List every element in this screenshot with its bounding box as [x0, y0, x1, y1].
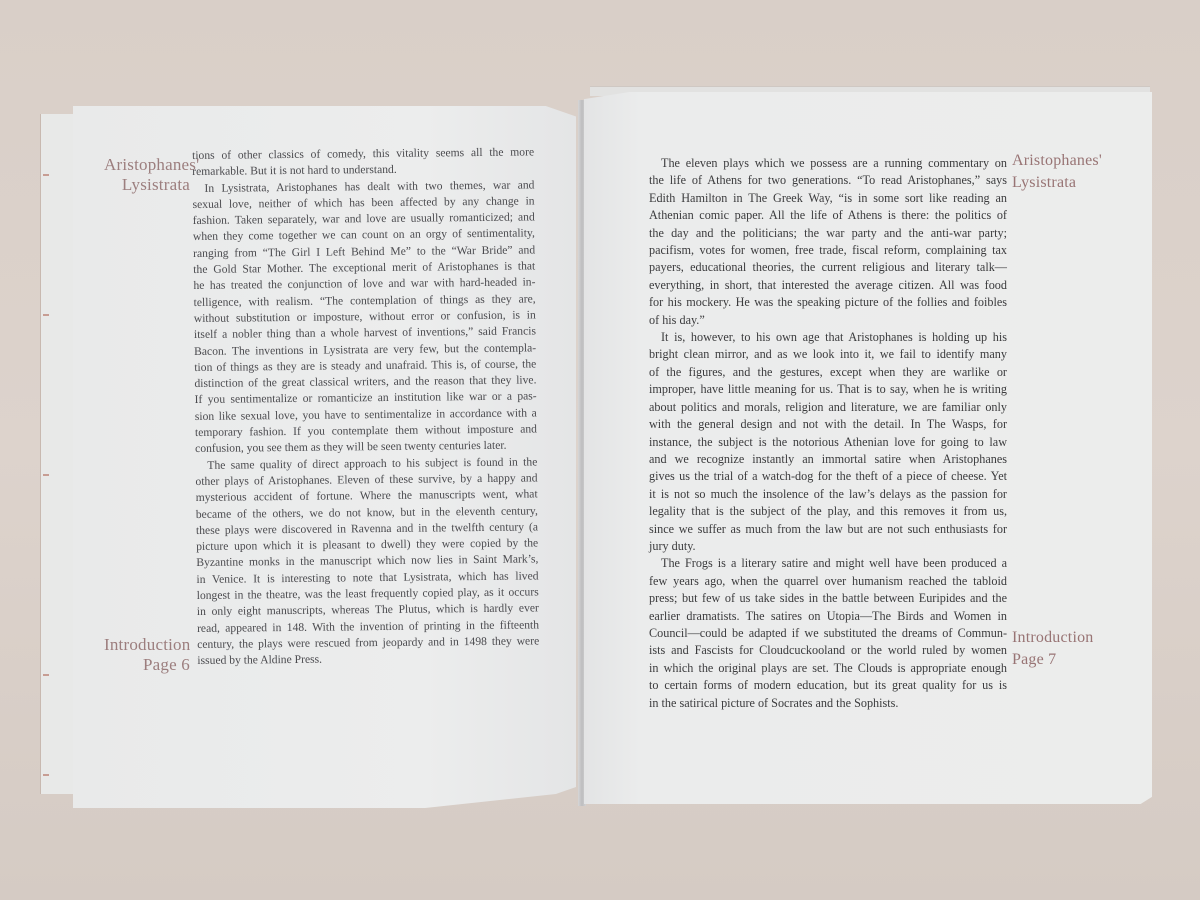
text-line: since we suffer as much from the law but…	[649, 521, 1007, 538]
running-head-line-2: Lysistrata	[104, 175, 190, 195]
right-running-head: Aristophanes' Lysistrata	[1012, 150, 1132, 194]
text-line: and we recognize instantly an immortal s…	[649, 451, 1007, 468]
folio-section: Introduction	[1012, 627, 1132, 649]
text-line: jury duty.	[649, 538, 1007, 555]
text-line: instance, the subject is the notorious A…	[649, 434, 1007, 451]
folio-section: Introduction	[104, 635, 190, 655]
folio-page-number: Page 7	[1012, 649, 1132, 671]
text-line: in which the original plays are set. The…	[649, 660, 1007, 677]
left-folio: Introduction Page 6	[104, 635, 190, 675]
text-line: to certain forms of modern education, bu…	[649, 677, 1007, 694]
text-line: the life of Athens for two generations. …	[649, 172, 1007, 189]
right-page-body: The eleven plays which we possess are a …	[649, 155, 1007, 712]
text-line: gives us the trial of a watch-dog for th…	[649, 468, 1007, 485]
text-line: with the general design and not with the…	[649, 416, 1007, 433]
text-line: earlier dramatists. The satires on Utopi…	[649, 608, 1007, 625]
text-line: for his mockery. He was the speaking pic…	[649, 294, 1007, 311]
text-line: The Frogs is a literary satire and might…	[649, 555, 1007, 572]
text-line: about politics and morals, religion and …	[649, 399, 1007, 416]
text-line: it is not so much the insolence of the l…	[649, 486, 1007, 503]
text-line: ists and Fascists for Cloudcuckooland or…	[649, 642, 1007, 659]
left-running-head: Aristophanes' Lysistrata	[104, 155, 190, 195]
text-line: of his day.”	[649, 312, 1007, 329]
text-line: the day and the politicians; the war par…	[649, 225, 1007, 242]
running-head-line-1: Aristophanes'	[104, 155, 190, 175]
folio-page-number: Page 6	[104, 655, 190, 675]
text-line: press; but few of us take sides in the b…	[649, 590, 1007, 607]
text-line: It is, however, to his own age that Aris…	[649, 329, 1007, 346]
text-line: everything, in short, that interested th…	[649, 277, 1007, 294]
text-line: few years ago, when the quarrel over hum…	[649, 573, 1007, 590]
running-head-line-2: Lysistrata	[1012, 172, 1132, 194]
text-line: Council—could be adapted if we substitut…	[649, 625, 1007, 642]
text-line: payers, educational theories, the curren…	[649, 259, 1007, 276]
text-line: improper, have little meaning for us. Th…	[649, 381, 1007, 398]
text-line: Athenian comic paper. All the life of At…	[649, 207, 1007, 224]
text-line: pacifism, votes for women, free trade, f…	[649, 242, 1007, 259]
text-line: of the figures, and the gestures, except…	[649, 364, 1007, 381]
right-folio: Introduction Page 7	[1012, 627, 1132, 671]
text-line: bright clean mirror, and as we look into…	[649, 346, 1007, 363]
text-line: Edith Hamilton in The Greek Way, “is in …	[649, 190, 1007, 207]
left-page-body: tions of other classics of comedy, this …	[192, 144, 539, 669]
text-line: The eleven plays which we possess are a …	[649, 155, 1007, 172]
text-line: in the satirical picture of Socrates and…	[649, 695, 1007, 712]
text-line: legality that is the subject of the play…	[649, 503, 1007, 520]
running-head-line-1: Aristophanes'	[1012, 150, 1132, 172]
